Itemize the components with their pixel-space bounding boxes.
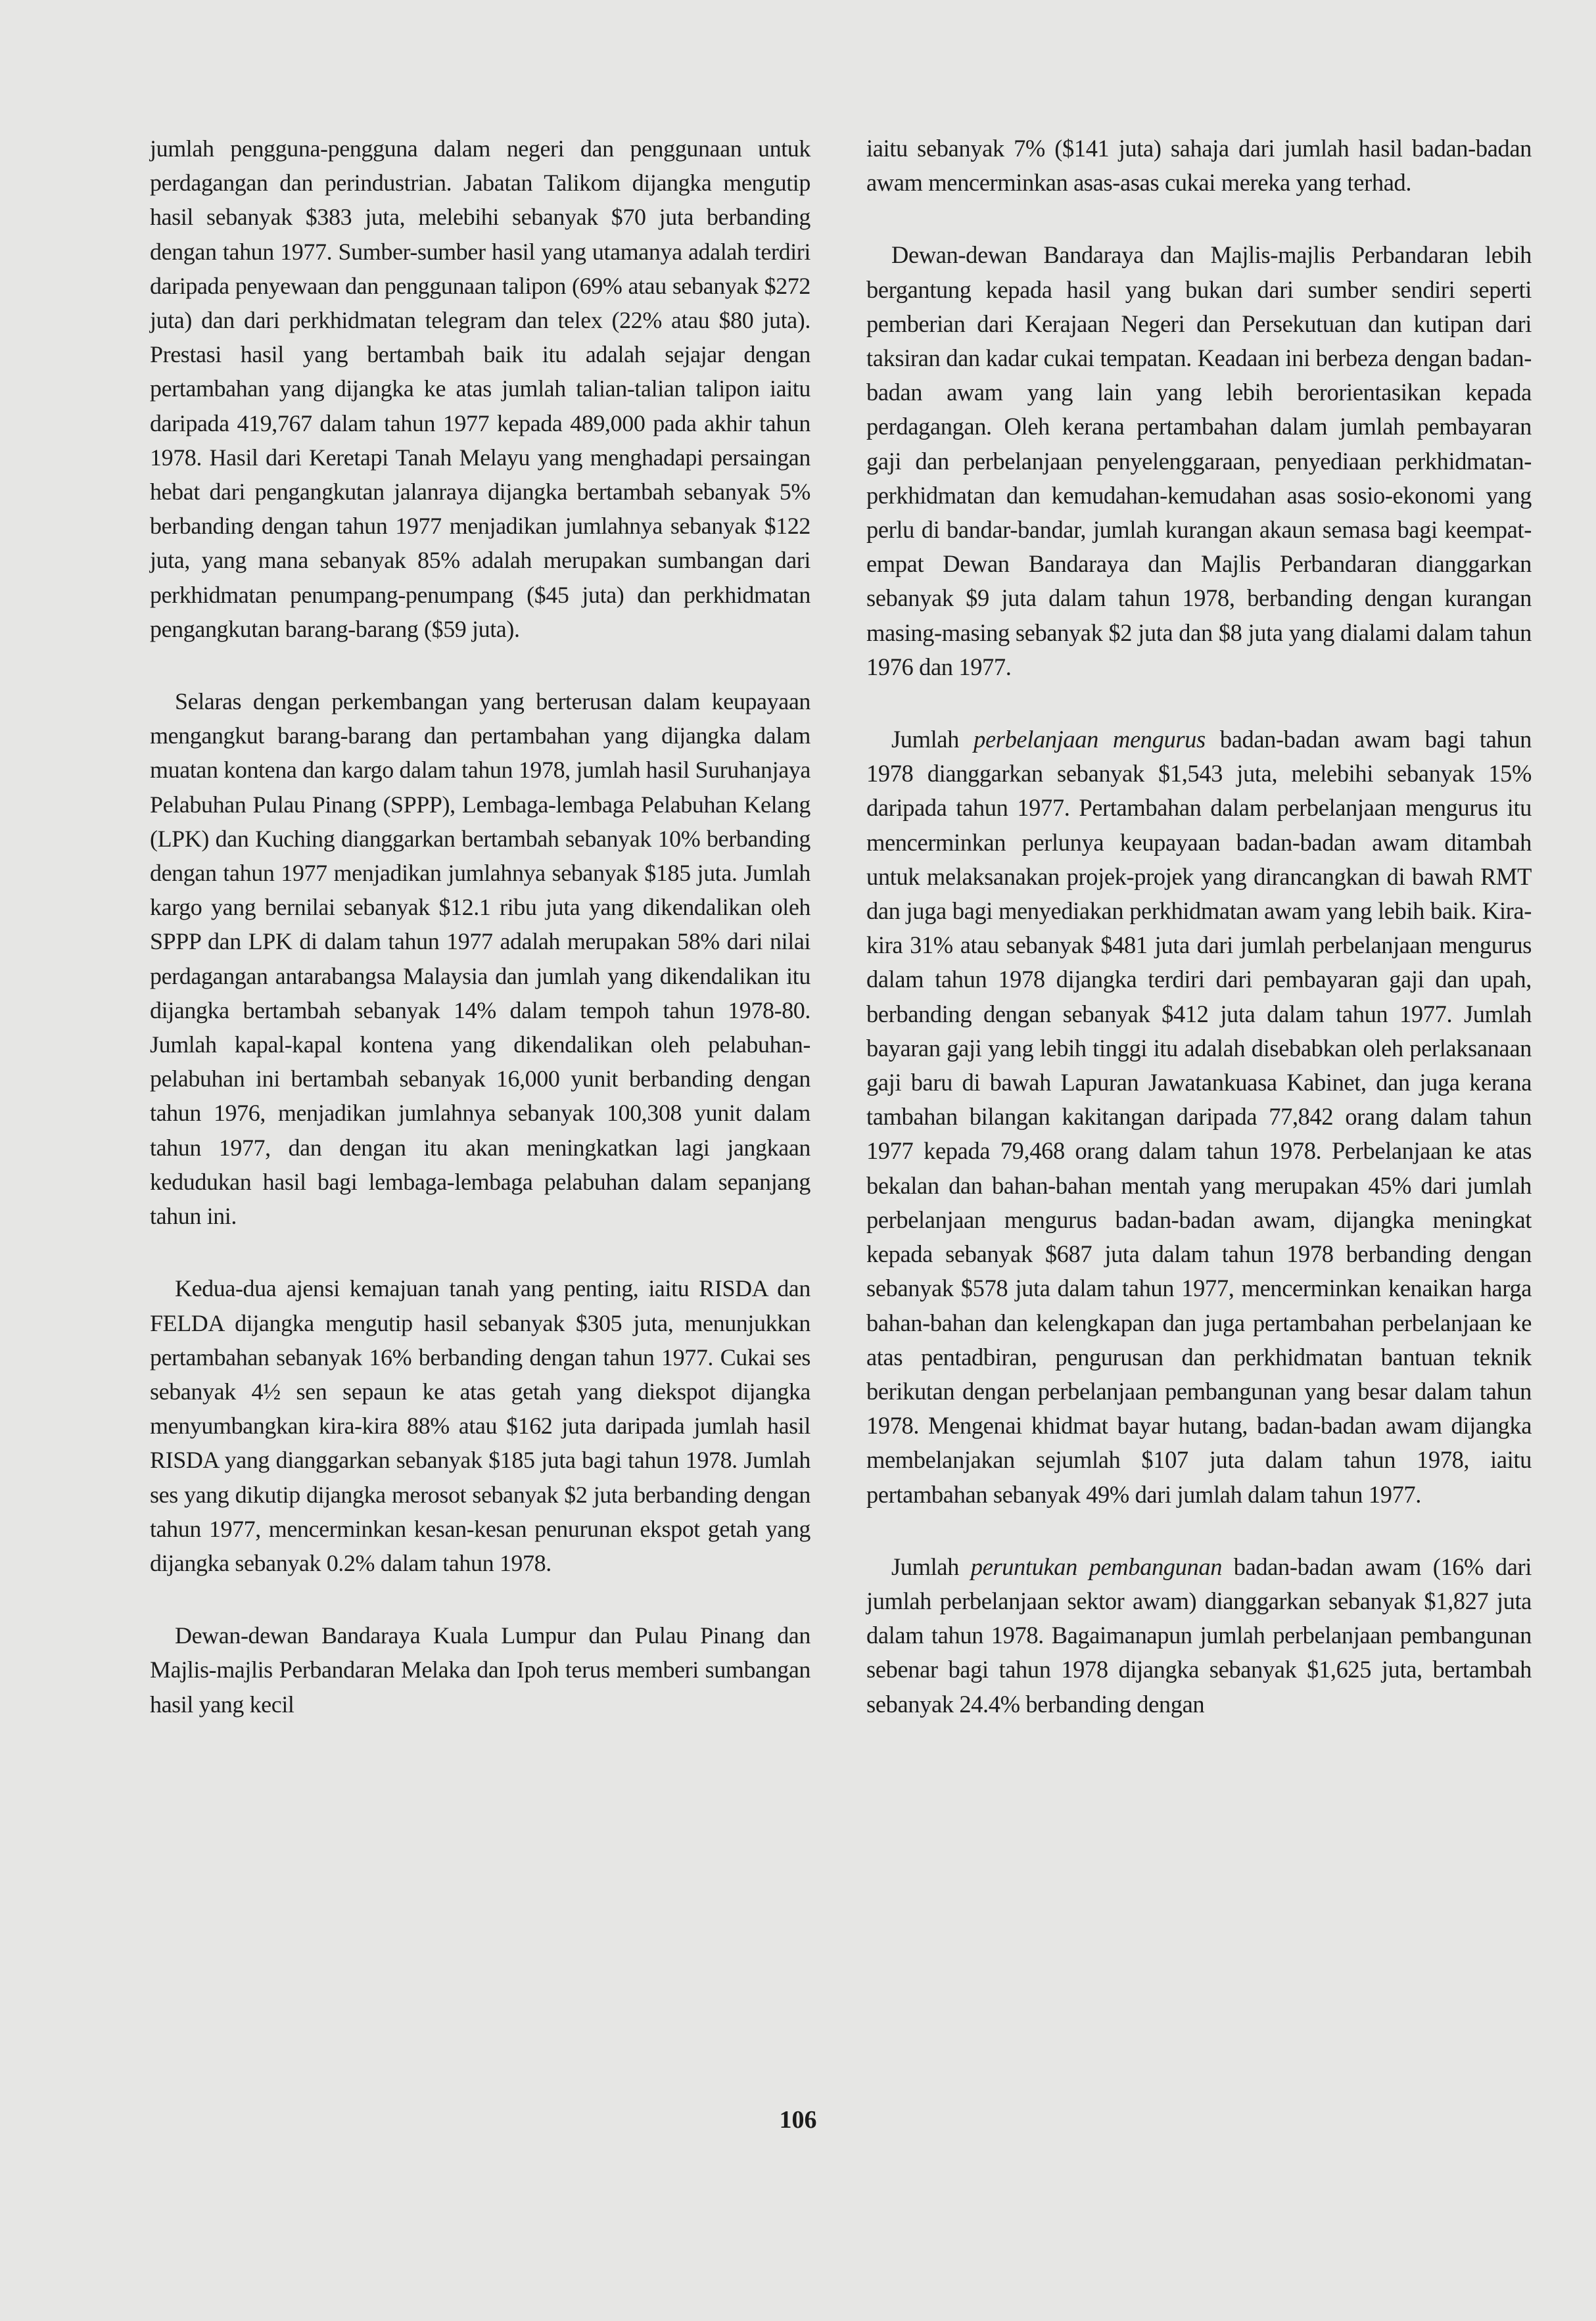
right-column: iaitu sebanyak 7% ($141 juta) sahaja dar…: [866, 131, 1532, 1760]
page-number: 106: [0, 2105, 1596, 2134]
paragraph-operating-expenditure: Jumlah perbelanjaan mengurus badan-badan…: [866, 722, 1532, 1512]
paragraph-municipal-deficits: Dewan-dewan Bandaraya dan Majlis-majlis …: [866, 238, 1532, 684]
paragraph-tax-base-limited: iaitu sebanyak 7% ($141 juta) sahaja dar…: [866, 131, 1532, 200]
paragraph-development-allocation: Jumlah peruntukan pembangunan badan-bada…: [866, 1550, 1532, 1722]
paragraph-land-development-agencies: Kedua-dua ajensi kemajuan tanah yang pen…: [150, 1271, 810, 1580]
lead-text: Jumlah: [891, 1553, 971, 1580]
emphasis-development-allocation: peruntukan pembangunan: [971, 1553, 1222, 1580]
body-text: badan-badan awam bagi tahun 1978 diangga…: [866, 726, 1532, 1507]
paragraph-port-authorities-revenue: Selaras dengan perkembangan yang berteru…: [150, 684, 810, 1233]
paragraph-city-councils-revenue: Dewan-dewan Bandaraya Kuala Lumpur dan P…: [150, 1618, 810, 1722]
emphasis-operating-expenditure: perbelanjaan mengurus: [974, 726, 1206, 753]
lead-text: Jumlah: [891, 726, 974, 753]
paragraph-telecom-railway-revenue: jumlah pengguna-pengguna dalam negeri da…: [150, 131, 810, 646]
left-column: jumlah pengguna-pengguna dalam negeri da…: [150, 131, 810, 1760]
document-page: jumlah pengguna-pengguna dalam negeri da…: [0, 0, 1596, 2321]
